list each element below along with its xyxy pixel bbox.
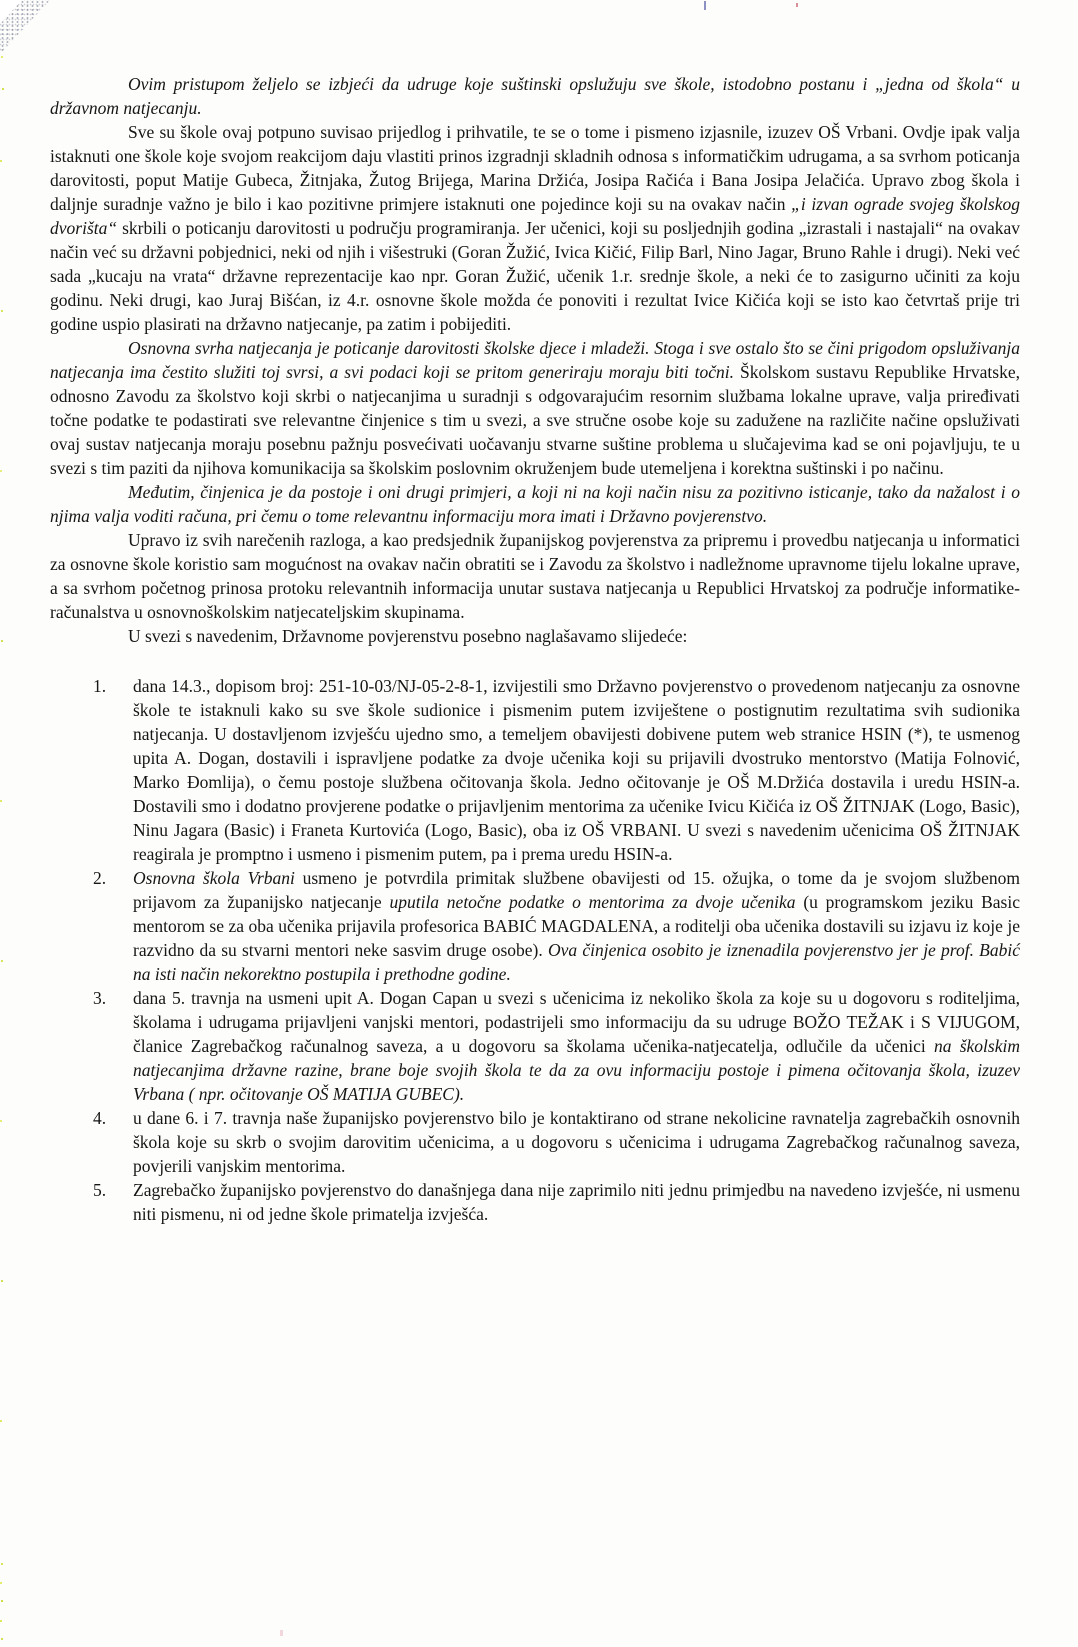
list-item-number: 5. <box>93 1178 133 1202</box>
list-item-text: dana 14.3., dopisom broj: 251-10-03/NJ-0… <box>133 674 1020 866</box>
document-page: Ovim pristupom željelo se izbjeći da udr… <box>0 0 1078 1647</box>
list-item-number: 4. <box>93 1106 133 1130</box>
list-item-2: 2. Osnovna škola Vrbani usmeno je potvrd… <box>93 866 1020 986</box>
list-item-text: u dane 6. i 7. travnja naše županijsko p… <box>133 1106 1020 1178</box>
paragraph-reasons: Upravo iz svih narečenih razloga, a kao … <box>50 528 1020 624</box>
scan-mark-top-right <box>796 3 798 7</box>
paragraph-purpose: Osnovna svrha natjecanja je poticanje da… <box>50 336 1020 480</box>
list-item-5: 5. Zagrebačko županijsko povjerenstvo do… <box>93 1178 1020 1226</box>
paragraph-lead-in: U svezi s navedenim, Državnome povjerens… <box>50 624 1020 648</box>
scan-mark-top-center <box>704 1 706 10</box>
list-item-4: 4. u dane 6. i 7. travnja naše županijsk… <box>93 1106 1020 1178</box>
document-body: Ovim pristupom željelo se izbjeći da udr… <box>50 72 1020 1226</box>
list-item-number: 1. <box>93 674 133 698</box>
list-item-text: dana 5. travnja na usmeni upit A. Dogan … <box>133 986 1020 1106</box>
list-item-number: 3. <box>93 986 133 1010</box>
paragraph-however: Međutim, činjenica je da postoje i oni d… <box>50 480 1020 528</box>
scan-mark-bottom <box>280 1630 283 1636</box>
paragraph-schools: Sve su škole ovaj potpuno suvisao prijed… <box>50 120 1020 336</box>
list-item-3: 3. dana 5. travnja na usmeni upit A. Dog… <box>93 986 1020 1106</box>
list-item-text: Zagrebačko županijsko povjerenstvo do da… <box>133 1178 1020 1226</box>
list-item-text: Osnovna škola Vrbani usmeno je potvrdila… <box>133 866 1020 986</box>
edge-specks <box>0 0 2 2</box>
numbered-list: 1. dana 14.3., dopisom broj: 251-10-03/N… <box>93 674 1020 1226</box>
paragraph-intro: Ovim pristupom željelo se izbjeći da udr… <box>50 72 1020 120</box>
list-item-1: 1. dana 14.3., dopisom broj: 251-10-03/N… <box>93 674 1020 866</box>
list-item-number: 2. <box>93 866 133 890</box>
